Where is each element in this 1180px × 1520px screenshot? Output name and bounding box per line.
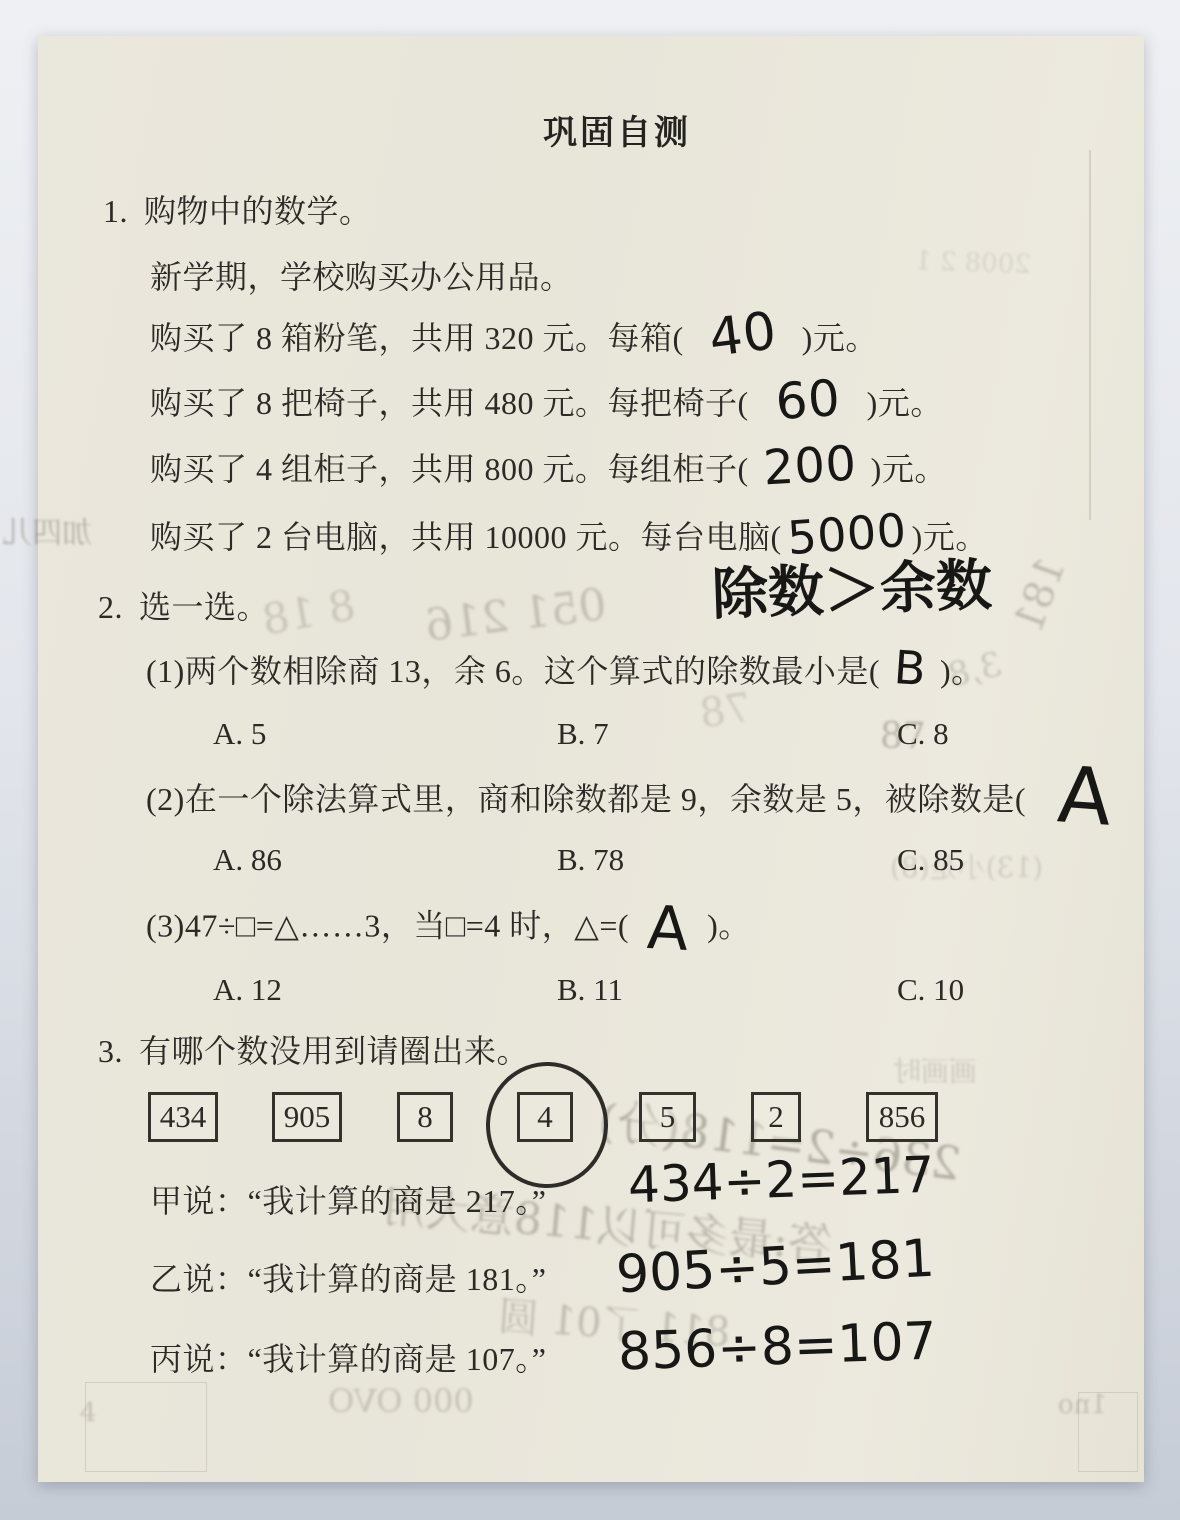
question-2-heading: 2.选一选。 [98, 588, 269, 626]
number-box: 856 [866, 1092, 938, 1142]
handwritten-answer: 5000 [780, 509, 913, 559]
statement-yi: 乙说：“我计算的商是 181。” [150, 1260, 546, 1298]
bleed-artifact: 1no [1058, 1390, 1107, 1420]
number-box: 8 [397, 1092, 453, 1142]
q1-item-computers: 购买了 2 台电脑，共用 10000 元。每台电脑(5000)元。 [150, 518, 988, 561]
bleed-artifact: 加四儿 [2, 508, 92, 552]
question-2-number: 2. [98, 589, 123, 625]
option-a: A. 86 [213, 842, 282, 878]
handwritten-answer: 200 [748, 442, 872, 492]
handwritten-answer: B [879, 646, 942, 691]
part-label: (3) [146, 907, 185, 943]
photo-background: 加四儿2008 2 1051 2168 181813,87887(13)小是(8… [0, 0, 1180, 1520]
question-3-number: 3. [98, 1033, 123, 1069]
bleed-artifact: 画画时 [893, 1050, 977, 1090]
printed-text: 购买了 8 箱粉笔，共用 320 元。每箱( [150, 320, 684, 356]
q2-part-2: (2)在一个除法算式里，商和除数都是 9，余数是 5，被除数是( [146, 780, 1026, 818]
bleed-artifact: 4 [80, 1398, 97, 1428]
option-c: C. 85 [897, 842, 964, 878]
question-3-heading: 3.有哪个数没用到请圈出来。 [98, 1032, 529, 1070]
question-1-number: 1. [103, 193, 128, 229]
question-2-title: 选一选。 [139, 589, 269, 625]
q1-item-cabinets: 购买了 4 组柜子，共用 800 元。每组柜子(200)元。 [150, 450, 947, 494]
printed-text: 在一个除法算式里，商和除数都是 9，余数是 5，被除数是( [185, 781, 1026, 817]
printed-text: )。 [940, 653, 984, 689]
printed-text: )元。 [867, 385, 943, 421]
printed-text: 两个数相除商 13，余 6。这个算式的除数最小是( [185, 653, 880, 689]
printed-text: )元。 [871, 451, 947, 487]
number-box: 5 [639, 1092, 696, 1142]
bleed-artifact: 2008 2 1 [915, 246, 1032, 280]
number-box: 2 [751, 1092, 801, 1142]
page-title: 巩固自测 [543, 114, 691, 155]
option-a: A. 12 [213, 972, 282, 1008]
part-label: (1) [146, 653, 185, 689]
handwritten-answer: 60 [747, 374, 868, 427]
question-1-title: 购物中的数学。 [144, 193, 372, 229]
question-1-intro: 新学期，学校购买办公用品。 [150, 258, 573, 296]
handwritten-note: 除数＞余数 [711, 561, 993, 621]
printed-text: )元。 [802, 320, 878, 356]
handwritten-answer: A [628, 900, 709, 958]
question-1-heading: 1.购物中的数学。 [103, 192, 372, 230]
q1-item-chairs: 购买了 8 把椅子，共用 480 元。每把椅子(60)元。 [150, 384, 943, 429]
option-c: C. 10 [897, 972, 964, 1008]
statement-jia: 甲说：“我计算的商是 217。” [150, 1182, 546, 1220]
number-box: 434 [148, 1092, 218, 1142]
printed-text: 购买了 8 把椅子，共用 480 元。每把椅子( [150, 385, 749, 421]
option-b: B. 78 [557, 842, 624, 878]
number-box: 905 [272, 1092, 342, 1142]
handwritten-work: 856÷8=107 [617, 1318, 937, 1376]
bleed-box [85, 1382, 207, 1472]
printed-text: )元。 [912, 519, 988, 555]
bleed-artifact: 000 OVO [328, 1382, 474, 1420]
printed-text: 购买了 4 组柜子，共用 800 元。每组柜子( [150, 451, 749, 487]
q2-part-3: (3)47÷□=△……3，当□=4 时，△=(A)。 [146, 902, 751, 956]
handwritten-answer: A [1056, 760, 1114, 834]
handwritten-work: 434÷2=217 [627, 1153, 935, 1209]
q1-item-chalk: 购买了 8 箱粉笔，共用 320 元。每箱(40)元。 [150, 318, 878, 365]
printed-text: 购买了 2 台电脑，共用 10000 元。每台电脑( [150, 519, 782, 555]
option-a: A. 5 [213, 716, 266, 752]
option-b: B. 11 [557, 972, 623, 1008]
part-label: (2) [146, 781, 185, 817]
printed-text: )。 [707, 907, 751, 943]
paper-fold-line [1089, 150, 1091, 520]
handwritten-work: 905÷5=181 [615, 1236, 936, 1299]
statement-bing: 丙说：“我计算的商是 107。” [150, 1340, 546, 1378]
option-c: C. 8 [897, 716, 949, 752]
q2-part-1: (1)两个数相除商 13，余 6。这个算式的除数最小是(B)。 [146, 652, 984, 695]
option-b: B. 7 [557, 716, 609, 752]
question-3-title: 有哪个数没用到请圈出来。 [139, 1033, 529, 1069]
printed-text: 47÷□=△……3，当□=4 时，△=( [185, 907, 629, 943]
